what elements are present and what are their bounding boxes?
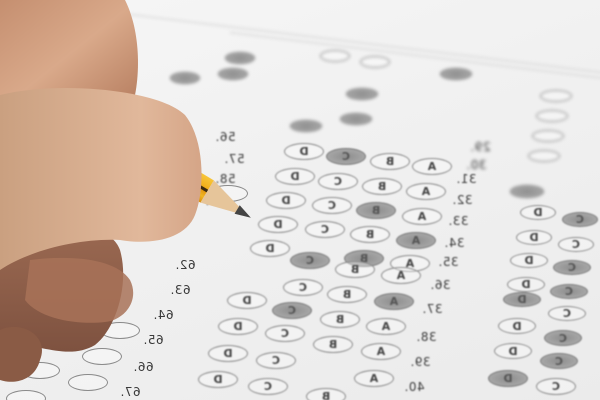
answer-sheet-photo: 29. 30. A B C D 31. A B C D 32. A B C D … xyxy=(0,0,600,400)
hand xyxy=(0,0,600,400)
